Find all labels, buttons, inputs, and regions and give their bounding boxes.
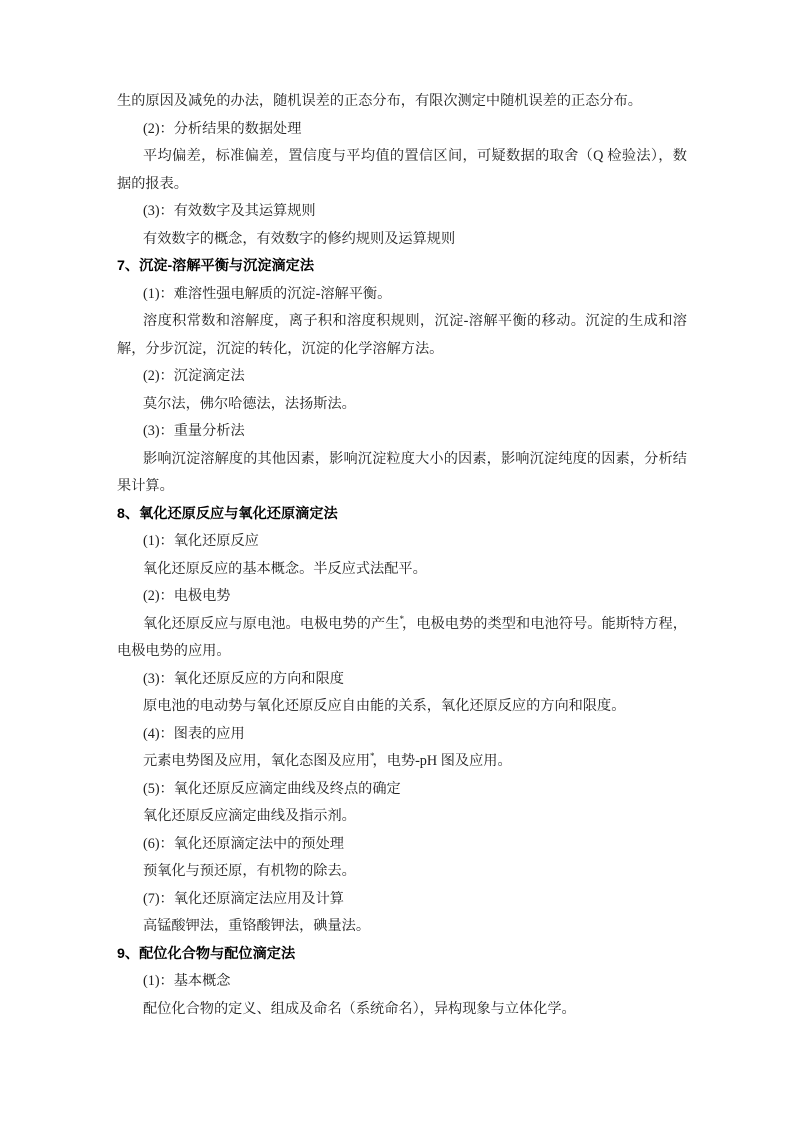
paragraph-body: 莫尔法，佛尔哈德法，法扬斯法。 [117, 391, 687, 419]
paragraph-subitem-3: (3)：有效数字及其运算规则 [117, 198, 687, 226]
paragraph-body: 平均偏差，标准偏差，置信度与平均值的置信区间，可疑数据的取舍（Q 检验法），数据… [117, 143, 687, 198]
paragraph-body: 预氧化与预还原，有机物的除去。 [117, 858, 687, 886]
paragraph-continuation: 生的原因及减免的办法，随机误差的正态分布，有限次测定中随机误差的正态分布。 [117, 88, 687, 116]
paragraph-body: 氧化还原反应与原电池。电极电势的产生*，电极电势的类型和电池符号。能斯特方程，电… [117, 611, 687, 666]
paragraph-body: 氧化还原反应滴定曲线及指示剂。 [117, 803, 687, 831]
section-heading-8: 8、氧化还原反应与氧化还原滴定法 [117, 501, 687, 529]
paragraph-subitem-5: (5)：氧化还原反应滴定曲线及终点的确定 [117, 776, 687, 804]
paragraph-body: 配位化合物的定义、组成及命名（系统命名），异构现象与立体化学。 [117, 996, 687, 1024]
paragraph-body: 有效数字的概念，有效数字的修约规则及运算规则 [117, 226, 687, 254]
paragraph-subitem-2: (2)：电极电势 [117, 583, 687, 611]
paragraph-body: 原电池的电动势与氧化还原反应自由能的关系，氧化还原反应的方向和限度。 [117, 693, 687, 721]
paragraph-subitem-3: (3)：氧化还原反应的方向和限度 [117, 666, 687, 694]
paragraph-subitem-2: (2)：沉淀滴定法 [117, 363, 687, 391]
paragraph-body: 影响沉淀溶解度的其他因素，影响沉淀粒度大小的因素，影响沉淀纯度的因素，分析结果计… [117, 446, 687, 501]
section-heading-7: 7、沉淀-溶解平衡与沉淀滴定法 [117, 253, 687, 281]
paragraph-subitem-4: (4)：图表的应用 [117, 721, 687, 749]
paragraph-subitem-3: (3)：重量分析法 [117, 418, 687, 446]
paragraph-text: 元素电势图及应用，氧化态图及应用 [143, 753, 370, 769]
paragraph-text: 氧化还原反应与原电池。电极电势的产生 [143, 616, 400, 632]
paragraph-subitem-1: (1)：难溶性强电解质的沉淀-溶解平衡。 [117, 281, 687, 309]
paragraph-subitem-1: (1)：氧化还原反应 [117, 528, 687, 556]
paragraph-text: ，电势-pH 图及应用。 [373, 753, 512, 769]
paragraph-subitem-6: (6)：氧化还原滴定法中的预处理 [117, 831, 687, 859]
document-page: 生的原因及减免的办法，随机误差的正态分布，有限次测定中随机误差的正态分布。 (2… [0, 0, 793, 1121]
paragraph-subitem-1: (1)：基本概念 [117, 968, 687, 996]
paragraph-subitem-2: (2)：分析结果的数据处理 [117, 116, 687, 144]
document-text-content: 生的原因及减免的办法，随机误差的正态分布，有限次测定中随机误差的正态分布。 (2… [117, 88, 687, 1023]
paragraph-body: 溶度积常数和溶解度，离子积和溶度积规则，沉淀-溶解平衡的移动。沉淀的生成和溶解，… [117, 308, 687, 363]
section-heading-9: 9、配位化合物与配位滴定法 [117, 941, 687, 969]
paragraph-body: 氧化还原反应的基本概念。半反应式法配平。 [117, 556, 687, 584]
paragraph-body: 元素电势图及应用，氧化态图及应用*，电势-pH 图及应用。 [117, 748, 687, 776]
paragraph-body: 高锰酸钾法，重铬酸钾法，碘量法。 [117, 913, 687, 941]
paragraph-subitem-7: (7)：氧化还原滴定法应用及计算 [117, 886, 687, 914]
